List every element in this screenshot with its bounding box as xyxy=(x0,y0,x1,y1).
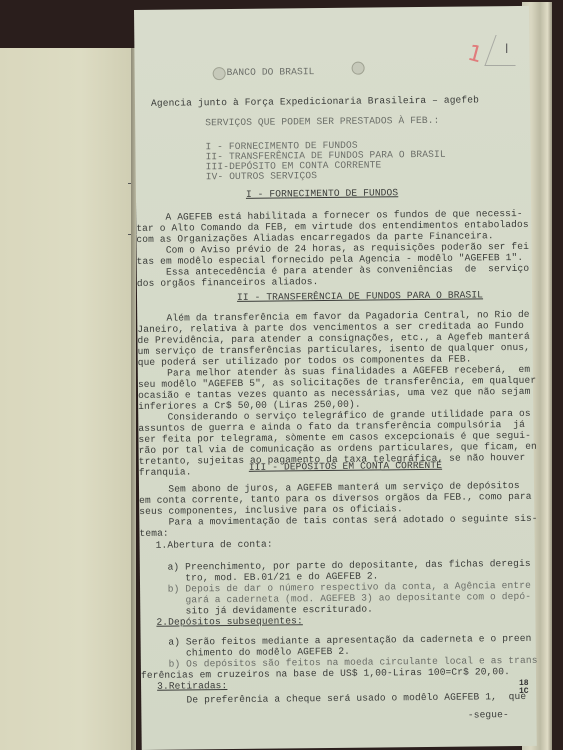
continuation-mark: -segue- xyxy=(157,709,509,724)
item1-title: 1.Abertura de conta: xyxy=(156,539,273,552)
item3-line: De preferência a cheque será usado o mod… xyxy=(157,691,526,706)
punch-hole xyxy=(352,62,365,75)
section2-title: II - TRANSFERÊNCIA DE FUNDOS PARA O BRAS… xyxy=(237,289,483,303)
services-list-item: IV- OUTROS SERVIÇOS xyxy=(206,170,317,183)
typed-document-page: BANCO DO BRASIL Agencia junto à Força Ex… xyxy=(134,6,537,750)
services-title: SERVIÇOS QUE PODEM SER PRESTADOS À FEB.: xyxy=(205,115,439,129)
item3-title: 3.Retiradas: xyxy=(157,680,227,692)
punch-hole xyxy=(213,67,226,80)
side-stamp: 18 1C xyxy=(519,680,529,696)
section3-title: III - DEPÓSITOS EM CONTA CORRENTE xyxy=(249,460,442,474)
pencil-mark: l xyxy=(505,42,508,56)
bank-header: BANCO DO BRASIL xyxy=(227,66,315,78)
section2-line: franquia. xyxy=(139,466,192,478)
item2-title: 2.Depósitos subsequentes: xyxy=(156,615,303,628)
section1-title: I - FORNECIMENTO DE FUNDOS xyxy=(246,187,398,200)
left-blank-page: 2 xyxy=(0,48,135,750)
item2-line: ferências em cruzeiros na base de US$ 1,… xyxy=(141,666,510,681)
section3-line: tema: xyxy=(139,528,168,540)
agency-line: Agencia junto à Força Expedicionaria Bra… xyxy=(151,94,479,109)
section1-line: dos orgãos financeiros aliados. xyxy=(137,276,319,289)
